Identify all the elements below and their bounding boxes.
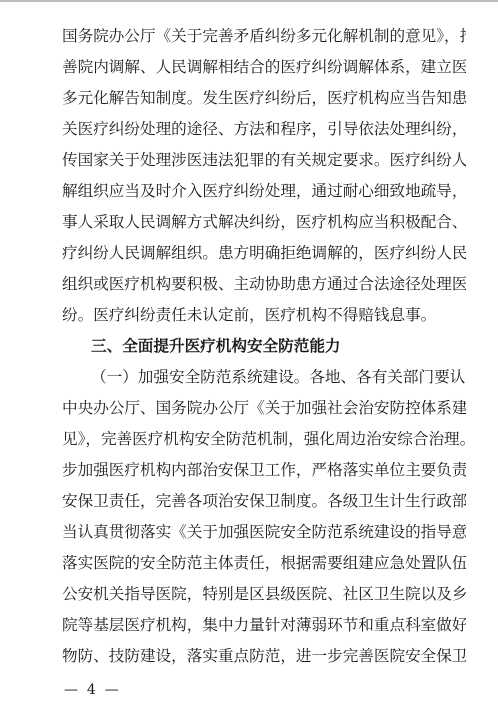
section-heading: 三、全面提升医疗机构安全防范能力 — [91, 336, 391, 356]
paragraph-line: 组织或医疗机构要积极、主动协助患方通过合法途径处理医疗纠 — [62, 274, 466, 294]
paragraph-line: 落实医院的安全防范主体责任，根据需要组建应急处置队伍，会同 — [62, 553, 466, 573]
paragraph-line: 中央办公厅、国务院办公厅《关于加强社会治安防控体系建设的意 — [62, 398, 466, 418]
paragraph-line: （一）加强安全防范系统建设。各地、各有关部门要认真贯彻 — [91, 367, 466, 387]
document-page: 国务院办公厅《关于完善矛盾纠纷多元化解机制的意见》，推动完 善院内调解、人民调解… — [0, 0, 498, 702]
paragraph-line: 事人采取人民调解方式解决纠纷，医疗机构应当积极配合、支持医 — [62, 212, 466, 232]
paragraph-line: 安保卫责任，完善各项治安保卫制度。各级卫生计生行政部门应 — [62, 491, 466, 511]
paragraph-line: 物防、技防建设，落实重点防范，进一步完善医院安全保卫制度，提 — [62, 646, 466, 666]
paragraph-line: 多元化解告知制度。发生医疗纠纷后，医疗机构应当告知患方有 — [62, 88, 466, 108]
paragraph-line: 院等基层医疗机构，集中力量针对薄弱环节和重点科室做好人防、 — [62, 615, 466, 635]
paragraph-line: 善院内调解、人民调解相结合的医疗纠纷调解体系，建立医疗纠纷 — [62, 57, 466, 77]
paragraph-line: 当认真贯彻落实《关于加强医院安全防范系统建设的指导意见》， — [62, 522, 466, 542]
paragraph-line: 传国家关于处理涉医违法犯罪的有关规定要求。医疗纠纷人民调 — [62, 150, 466, 170]
paragraph-line: 解组织应当及时介入医疗纠纷处理，通过耐心细致地疏导，引导当 — [62, 181, 466, 201]
paragraph-line: 纷。医疗纠纷责任未认定前，医疗机构不得赔钱息事。 — [62, 305, 466, 325]
paragraph-line: 关医疗纠纷处理的途径、方法和程序，引导依法处理纠纷，同时宣 — [62, 119, 466, 139]
paragraph-line: 公安机关指导医院，特别是区县级医院、社区卫生院以及乡镇卫生 — [62, 584, 466, 604]
page-number: — 4 — — [64, 681, 119, 699]
paragraph-line: 国务院办公厅《关于完善矛盾纠纷多元化解机制的意见》，推动完 — [62, 26, 466, 46]
paragraph-line: 见》，完善医疗机构安全防范机制，强化周边治安综合治理。进一 — [62, 429, 466, 449]
paragraph-line: 步加强医疗机构内部治安保卫工作，严格落实单位主要负责人治 — [62, 460, 466, 480]
paragraph-line: 疗纠纷人民调解组织。患方明确拒绝调解的，医疗纠纷人民调解 — [62, 243, 466, 263]
